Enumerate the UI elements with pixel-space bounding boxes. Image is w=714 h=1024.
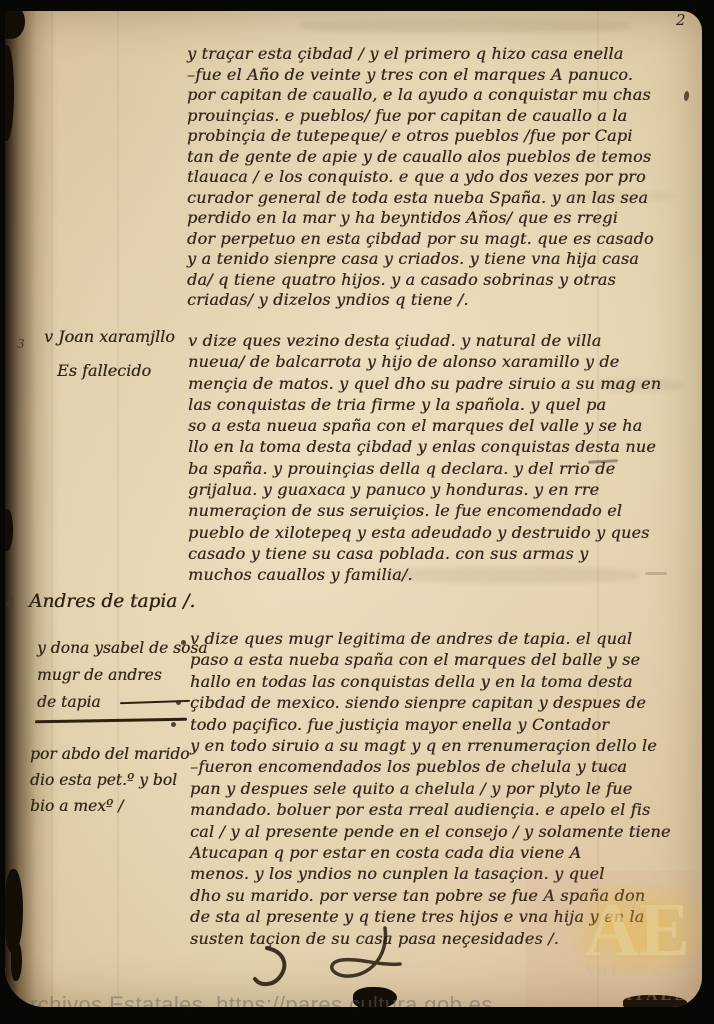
margin-note-line: dio esta pet.º y bol [30,767,189,793]
manuscript-line: nueua/ de balcarrota y hijo de alonso xa… [188,351,661,372]
entry-2-margin-name: v Joan xaramjllo [44,327,175,346]
manuscript-line: dor perpetuo en esta çibdad por su magt.… [187,229,654,250]
manuscript-line: casado y tiene su casa poblada. con sus … [188,543,661,564]
archive-logo-caption-line2: ESTATALES [561,987,702,1005]
manuscript-line: prouinçias. e pueblos/ fue por capitan d… [187,106,654,127]
manuscript-line: mençia de matos. y quel dho su padre sir… [188,373,661,394]
manuscript-line: hallo en todas las conquistas della y en… [190,671,671,692]
margin-link-dot [181,640,186,645]
manuscript-line: grijalua. y guaxaca y panuco y honduras.… [188,479,661,500]
paper-crease [117,11,119,1007]
margin-note-line: por abdo del marido [30,741,189,767]
entry-3-heading: Andres de tapia /. [29,591,195,612]
watermark-text: Archivos Estatales, https://pares.cultur… [15,992,575,1007]
manuscript-line: y a tenido sienpre casa y criados. y tie… [187,249,654,270]
margin-note-line: bio a mexº / [30,793,189,819]
manuscript-line: muchos cauallos y familia/. [188,564,661,585]
manuscript-line: todo paçifico. fue justiçia mayor enella… [190,714,671,735]
manuscript-line: curador general de toda esta nueba Spaña… [187,188,654,209]
manuscript-line: çibdad de mexico. siendo sienpre capitan… [190,692,671,713]
manuscript-line: –fueron encomendados los pueblos de chel… [190,756,671,777]
manuscript-line: cal / y al presente pende en el consejo … [190,821,671,842]
manuscript-line: pan y despues sele quito a chelula / y p… [190,778,671,799]
manuscript-line: tlauaca / e los conquisto. e que a ydo d… [187,167,654,188]
manuscript-line: y en todo siruio a su magt y q en rrenum… [190,735,671,756]
manuscript-line: perdido en la mar y ha beyntidos Años/ q… [187,208,654,229]
archive-logo-letters: AE [571,885,702,975]
entry-1-text-block: y traçar esta çibdad / y el primero q hi… [187,44,654,311]
scanned-manuscript: 2 y traçar esta çibdad / y el primero q … [0,0,714,1024]
manuscript-page: 2 y traçar esta çibdad / y el primero q … [5,11,702,1007]
manuscript-line: tan de gente de apie y de cauallo alos p… [187,147,654,168]
entry-2-text-block: v dize ques vezino desta çiudad. y natur… [188,330,661,586]
manuscript-line: Atucapan q por estar en costa cada dia v… [190,842,671,863]
manuscript-line: –fue el Año de veinte y tres con el marq… [187,65,654,86]
manuscript-line: pueblo de xilotepeq y esta adeudado y de… [188,522,661,543]
margin-note-line: mugr de andres [37,662,208,689]
manuscript-line: numeraçion de sus seruiçios. le fue enco… [188,500,661,521]
paper-crease [51,11,53,1007]
manuscript-line: ba spaña. y prouinçias della q declara. … [188,458,661,479]
entry-3-number: 4 [6,596,15,612]
manuscript-line: mandado. boluer por esta rreal audiençia… [190,799,671,820]
margin-strike-line [35,718,187,724]
manuscript-line: llo en la toma desta çibdad y enlas conq… [188,436,661,457]
margin-link-dot [171,722,176,727]
binding-gutter [5,11,57,1007]
ink-speck [683,91,690,102]
entry-2-number: 3 [17,337,25,351]
folio-number: 2 [676,11,686,29]
manuscript-line: por capitan de cauallo, e la ayudo a con… [187,85,654,106]
margin-link-dot [176,700,181,705]
manuscript-line: paso a esta nueba spaña con el marques d… [190,649,671,670]
bleedthrough-smear [300,19,630,33]
entry-2-margin-status: Es fallecido [57,361,151,380]
manuscript-line: criadas/ y dizelos yndios q tiene /. [187,290,654,311]
entry-3-margin-note-petition: por abdo del maridodio esta pet.º y bolb… [30,741,189,819]
archive-logo-caption-line1: ARCHIVOS [557,963,702,981]
manuscript-line: v dize ques mugr legitima de andres de t… [190,628,671,649]
manuscript-line: v dize ques vezino desta çiudad. y natur… [188,330,661,351]
manuscript-line: las conquistas de tria firme y la spañol… [188,394,661,415]
manuscript-line: da/ q tiene quatro hijos. y a casado sob… [187,270,654,291]
manuscript-line: probinçia de tutepeque/ e otros pueblos … [187,126,654,147]
manuscript-line: so a esta nueua spaña con el marques del… [188,415,661,436]
manuscript-line: y traçar esta çibdad / y el primero q hi… [187,44,654,65]
margin-note-line: y dona ysabel de sosa [37,635,208,662]
